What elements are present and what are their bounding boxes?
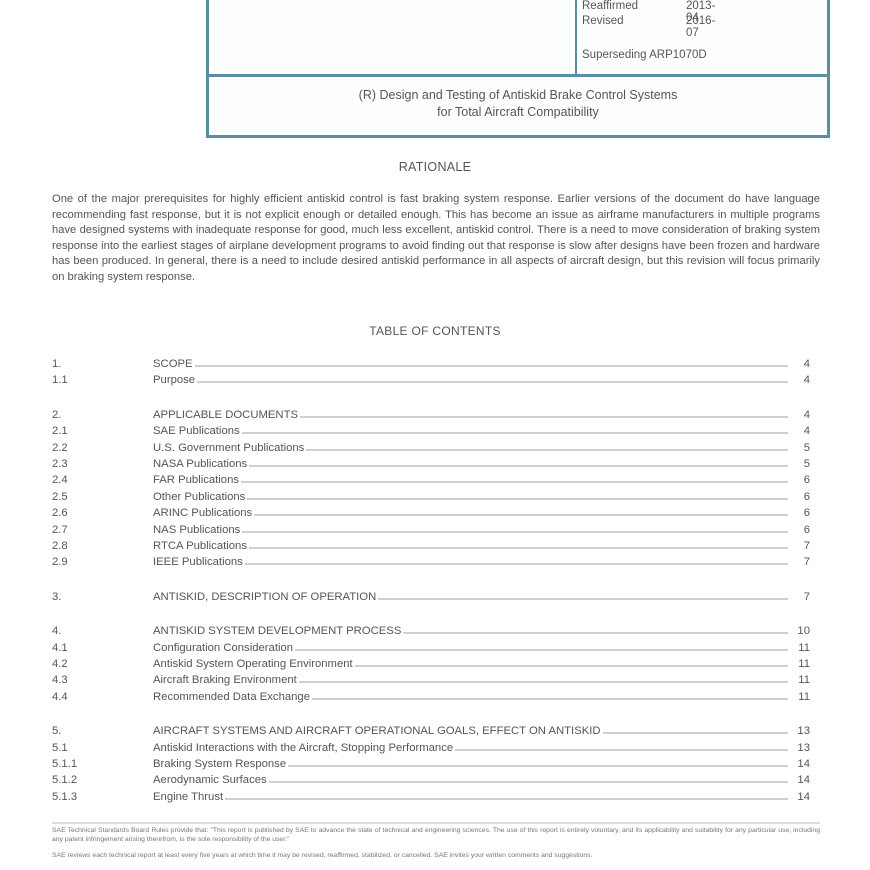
toc-entry-number: 4.2: [52, 658, 68, 670]
toc-entry-page: 6: [804, 524, 810, 536]
toc-entry-title-wrap: Other Publications: [153, 491, 788, 503]
toc-entry-number: 4.1: [52, 642, 68, 654]
toc-entry-title-wrap: Configuration Consideration: [153, 642, 788, 654]
toc-entry-number: 2.5: [52, 491, 68, 503]
toc-entry-title: U.S. Government Publications: [153, 442, 306, 454]
toc-entry[interactable]: 5.1Antiskid Interactions with the Aircra…: [52, 742, 810, 758]
toc-leader-line: [306, 448, 788, 451]
toc-entry-title: Recommended Data Exchange: [153, 691, 312, 703]
toc-entry-title-wrap: U.S. Government Publications: [153, 442, 788, 454]
toc-entry-title: AIRCRAFT SYSTEMS AND AIRCRAFT OPERATIONA…: [153, 725, 603, 737]
toc-entry-title-wrap: NASA Publications: [153, 458, 788, 470]
toc-entry-page: 4: [804, 374, 810, 386]
document-title-line1: (R) Design and Testing of Antiskid Brake…: [209, 87, 827, 104]
toc-leader-line: [300, 415, 788, 418]
toc-entry-number: 2.3: [52, 458, 68, 470]
toc-entry-title: ANTISKID, DESCRIPTION OF OPERATION: [153, 591, 378, 603]
toc-entry-title-wrap: Purpose: [153, 374, 788, 386]
toc-entry-page: 11: [798, 642, 810, 654]
toc-entry-number: 5.1: [52, 742, 68, 754]
toc-entry-number: 2.7: [52, 524, 68, 536]
toc-entry-page: 4: [804, 358, 810, 370]
toc-leader-line: [254, 513, 788, 516]
toc-entry-title-wrap: APPLICABLE DOCUMENTS: [153, 409, 788, 421]
toc-entry-title: Antiskid Interactions with the Aircraft,…: [153, 742, 455, 754]
document-title: (R) Design and Testing of Antiskid Brake…: [209, 87, 827, 121]
toc-entry-page: 5: [804, 442, 810, 454]
toc-leader-line: [288, 764, 788, 767]
toc-entry-number: 5.1.1: [52, 758, 77, 770]
toc-entry-page: 7: [804, 556, 810, 568]
toc-entry[interactable]: 5.AIRCRAFT SYSTEMS AND AIRCRAFT OPERATIO…: [52, 725, 810, 741]
toc-leader-line: [242, 530, 788, 533]
toc-entry-title: Purpose: [153, 374, 197, 386]
toc-entry[interactable]: 4.2Antiskid System Operating Environment…: [52, 658, 810, 674]
toc-entry-title: NAS Publications: [153, 524, 242, 536]
rationale-heading: RATIONALE: [0, 160, 870, 174]
toc-entry-title-wrap: Antiskid System Operating Environment: [153, 658, 788, 670]
toc-entry-page: 11: [798, 658, 810, 670]
toc-entry-title-wrap: Recommended Data Exchange: [153, 691, 788, 703]
toc-entry-title: IEEE Publications: [153, 556, 245, 568]
toc-leader-line: [197, 380, 788, 383]
toc-entry-number: 1.: [52, 358, 61, 370]
toc-entry-number: 4.: [52, 625, 61, 637]
toc-entry-title: Other Publications: [153, 491, 247, 503]
toc-entry-title-wrap: FAR Publications: [153, 474, 788, 486]
toc-entry-title-wrap: ANTISKID SYSTEM DEVELOPMENT PROCESS: [153, 625, 788, 637]
toc-leader-line: [312, 697, 788, 700]
toc-entry[interactable]: 5.1.1Braking System Response14: [52, 758, 810, 774]
toc-leader-line: [295, 648, 788, 651]
toc-entry-number: 2.6: [52, 507, 68, 519]
toc-entry-number: 1.1: [52, 374, 68, 386]
toc-entry[interactable]: 1.SCOPE4: [52, 358, 810, 374]
toc-entry-title: ANTISKID SYSTEM DEVELOPMENT PROCESS: [153, 625, 403, 637]
toc-entry-title: NASA Publications: [153, 458, 249, 470]
footer-divider: [52, 822, 820, 824]
toc-entry-title: Aircraft Braking Environment: [153, 674, 299, 686]
superseding-label: Superseding ARP1070D: [582, 49, 707, 61]
toc-leader-line: [242, 431, 788, 434]
toc-leader-line: [245, 562, 788, 565]
toc-entry[interactable]: 2.4FAR Publications6: [52, 474, 810, 490]
toc-leader-line: [249, 464, 788, 467]
toc-entry-title-wrap: IEEE Publications: [153, 556, 788, 568]
toc-entry-title-wrap: Braking System Response: [153, 758, 788, 770]
toc-entry-page: 6: [804, 474, 810, 486]
toc-entry-title-wrap: NAS Publications: [153, 524, 788, 536]
toc-entry[interactable]: 5.1.3Engine Thrust14: [52, 791, 810, 807]
meta-value: 2016-07: [686, 15, 715, 39]
toc-entry-page: 13: [797, 742, 810, 754]
toc-leader-line: [241, 480, 788, 483]
toc-entry[interactable]: 2.3NASA Publications5: [52, 458, 810, 474]
toc-entry[interactable]: 2.8RTCA Publications7: [52, 540, 810, 556]
toc-entry[interactable]: 2.9IEEE Publications7: [52, 556, 810, 572]
toc-entry-number: 2.4: [52, 474, 68, 486]
toc-entry-number: 2.2: [52, 442, 68, 454]
toc-leader-line: [225, 797, 788, 800]
toc-leader-line: [355, 664, 788, 667]
toc-entry-title-wrap: SAE Publications: [153, 425, 788, 437]
toc-heading: TABLE OF CONTENTS: [0, 324, 870, 338]
toc-entry-page: 10: [797, 625, 810, 637]
toc-entry[interactable]: 2.7NAS Publications6: [52, 524, 810, 540]
toc-entry-page: 14: [797, 758, 810, 770]
toc-entry-title: ARINC Publications: [153, 507, 254, 519]
footer-notice: SAE Technical Standards Board Rules prov…: [52, 826, 820, 844]
toc-leader-line: [603, 731, 788, 734]
toc-leader-line: [249, 546, 788, 549]
meta-label: Revised: [582, 15, 624, 27]
toc-entry-title-wrap: Antiskid Interactions with the Aircraft,…: [153, 742, 788, 754]
toc-entry-number: 5.1.2: [52, 774, 77, 786]
toc-entry-title-wrap: SCOPE: [153, 358, 788, 370]
toc-leader-line: [299, 680, 788, 683]
toc-entry-title-wrap: Aerodynamic Surfaces: [153, 774, 788, 786]
toc-entry-number: 5.1.3: [52, 791, 77, 803]
toc-leader-line: [455, 748, 788, 751]
toc-entry-title: Aerodynamic Surfaces: [153, 774, 269, 786]
toc-entry[interactable]: 2.APPLICABLE DOCUMENTS4: [52, 409, 810, 425]
toc-entry[interactable]: 2.6ARINC Publications6: [52, 507, 810, 523]
toc-entry-title: Configuration Consideration: [153, 642, 295, 654]
toc-entry-page: 6: [804, 491, 810, 503]
toc-entry-number: 3.: [52, 591, 61, 603]
toc-entry-page: 5: [804, 458, 810, 470]
toc-entry-title: FAR Publications: [153, 474, 241, 486]
toc-entry-title: Braking System Response: [153, 758, 288, 770]
toc-entry-number: 4.3: [52, 674, 68, 686]
toc-entry[interactable]: 4.ANTISKID SYSTEM DEVELOPMENT PROCESS10: [52, 625, 810, 641]
toc-entry-page: 7: [804, 540, 810, 552]
toc-entry-number: 4.4: [52, 691, 68, 703]
toc-entry-page: 4: [804, 425, 810, 437]
toc-entry-title: Antiskid System Operating Environment: [153, 658, 355, 670]
toc-entry[interactable]: 2.5Other Publications6: [52, 491, 810, 507]
meta-label: Reaffirmed: [582, 0, 638, 12]
toc-entry-title-wrap: RTCA Publications: [153, 540, 788, 552]
toc-entry-page: 14: [797, 791, 810, 803]
toc-leader-line: [403, 631, 788, 634]
toc-entry[interactable]: 2.2U.S. Government Publications5: [52, 442, 810, 458]
toc-entry-title-wrap: ARINC Publications: [153, 507, 788, 519]
toc-entry[interactable]: 2.1SAE Publications4: [52, 425, 810, 441]
toc-entry-page: 6: [804, 507, 810, 519]
toc-entry-title-wrap: ANTISKID, DESCRIPTION OF OPERATION: [153, 591, 788, 603]
toc-entry-title-wrap: Aircraft Braking Environment: [153, 674, 788, 686]
toc-entry[interactable]: 1.1Purpose4: [52, 374, 810, 390]
toc-entry-title: RTCA Publications: [153, 540, 249, 552]
toc-entry-number: 5.: [52, 725, 61, 737]
toc-entry-number: 2.9: [52, 556, 68, 568]
document-header-box: Reaffirmed 2013-04 Revised 2016-07 Super…: [206, 0, 830, 138]
toc-entry-number: 2.1: [52, 425, 68, 437]
document-title-line2: for Total Aircraft Compatibility: [209, 104, 827, 121]
toc-entry-page: 11: [798, 691, 810, 703]
toc-entry-page: 4: [804, 409, 810, 421]
toc-entry-title-wrap: AIRCRAFT SYSTEMS AND AIRCRAFT OPERATIONA…: [153, 725, 788, 737]
toc-leader-line: [378, 597, 788, 600]
toc-entry-number: 2.: [52, 409, 61, 421]
toc-entry[interactable]: 4.4Recommended Data Exchange11: [52, 691, 810, 707]
header-top-section: Reaffirmed 2013-04 Revised 2016-07 Super…: [209, 0, 827, 77]
toc-leader-line: [247, 497, 788, 500]
footer-review-notice: SAE reviews each technical report at lea…: [52, 851, 820, 860]
toc-entry-page: 7: [804, 591, 810, 603]
toc-entry[interactable]: 4.3Aircraft Braking Environment11: [52, 674, 810, 690]
toc-entry-title: SCOPE: [153, 358, 195, 370]
toc-entry-title: Engine Thrust: [153, 791, 225, 803]
toc-entry-title: APPLICABLE DOCUMENTS: [153, 409, 300, 421]
toc-leader-line: [269, 780, 788, 783]
header-left-cell: [209, 0, 577, 74]
toc-entry-title: SAE Publications: [153, 425, 242, 437]
rationale-text: One of the major prerequisites for highl…: [52, 192, 820, 285]
toc-entry-page: 14: [797, 774, 810, 786]
toc-entry-page: 11: [798, 674, 810, 686]
toc-entry[interactable]: 5.1.2Aerodynamic Surfaces14: [52, 774, 810, 790]
toc-entry[interactable]: 4.1Configuration Consideration11: [52, 642, 810, 658]
toc-entry-title-wrap: Engine Thrust: [153, 791, 788, 803]
toc-leader-line: [195, 364, 788, 367]
toc-entry-number: 2.8: [52, 540, 68, 552]
toc-entry-page: 13: [797, 725, 810, 737]
toc-entry[interactable]: 3.ANTISKID, DESCRIPTION OF OPERATION7: [52, 591, 810, 607]
